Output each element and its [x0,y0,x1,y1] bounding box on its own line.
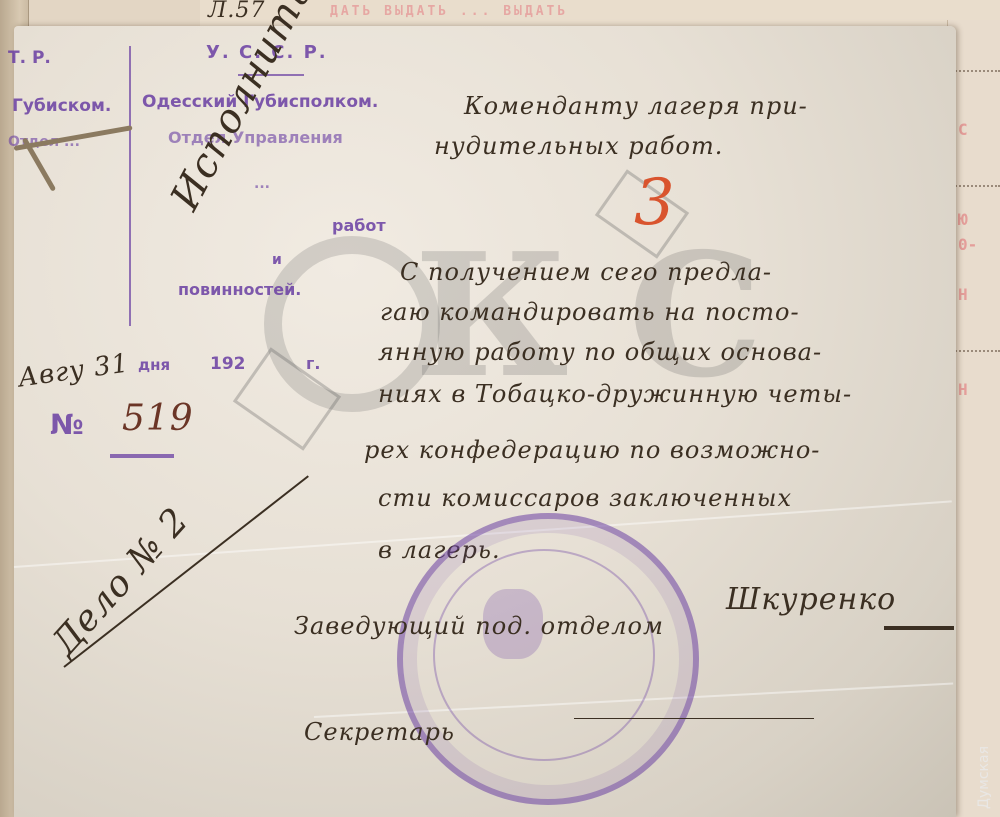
signature-title-head: Заведующий под. отделом [294,612,664,640]
signature-name: Шкуренко [726,582,896,617]
body-line-3: янную работу по общих основа- [378,338,822,366]
stamp-works: работ [332,216,386,235]
photo-credit-watermark: Думская [976,746,992,809]
secretary-signature-line [574,718,814,719]
red-stamp-fragment: Н [958,380,968,399]
stamp-arrow-rule [110,454,174,458]
official-round-seal [397,513,699,805]
handwritten-number: 519 [122,398,194,439]
left-stamp-line2: Губиском. [12,96,111,116]
signature-flourish [884,626,954,630]
stamp-date-prefix: дня [138,356,170,374]
red-pencil-mark: 3 [634,166,675,240]
main-document-sheet: К С Т. Р. Губиском. Отдел ... У. С. С. Р… [14,26,956,817]
body-line-4: ниях в Тобацко-дружинную четы- [378,380,852,408]
seal-inner-ring [433,549,655,761]
left-stamp-line1: Т. Р. [8,48,51,68]
stamp-line4: ... [254,176,270,192]
handwritten-date: Авгу 31 [16,348,130,393]
top-strip-faint-text: ДАТЬ ВЫДАТЬ ... ВЫДАТЬ [330,4,568,19]
stamp-and: и [272,252,282,268]
red-stamp-fragment: Ю [958,210,968,229]
stamp-divider [129,46,131,326]
stamp-date-year: 192 [210,354,246,374]
addressee-line1: Коменданту лагеря при- [464,92,808,120]
addressee-line2: нудительных работ. [434,132,723,160]
body-line-6: сти комиссаров заключенных [378,484,792,512]
stamp-number-label: № [50,408,84,441]
top-document-strip: Л.57 ДАТЬ ВЫДАТЬ ... ВЫДАТЬ [200,0,1000,27]
red-stamp-fragment: С [958,120,968,139]
body-line-5: рех конфедерацию по возможно- [364,436,820,464]
signature-title-secretary: Секретарь [304,718,455,746]
stamp-duties: повинностей. [178,280,301,299]
stamp-date-suffix: г. [306,354,320,373]
red-stamp-fragment: Н [958,285,968,304]
body-line-2: гаю командировать на посто- [380,298,800,326]
red-stamp-fragment: 0- [958,235,977,254]
body-line-1: С получением сего предла- [400,258,772,286]
